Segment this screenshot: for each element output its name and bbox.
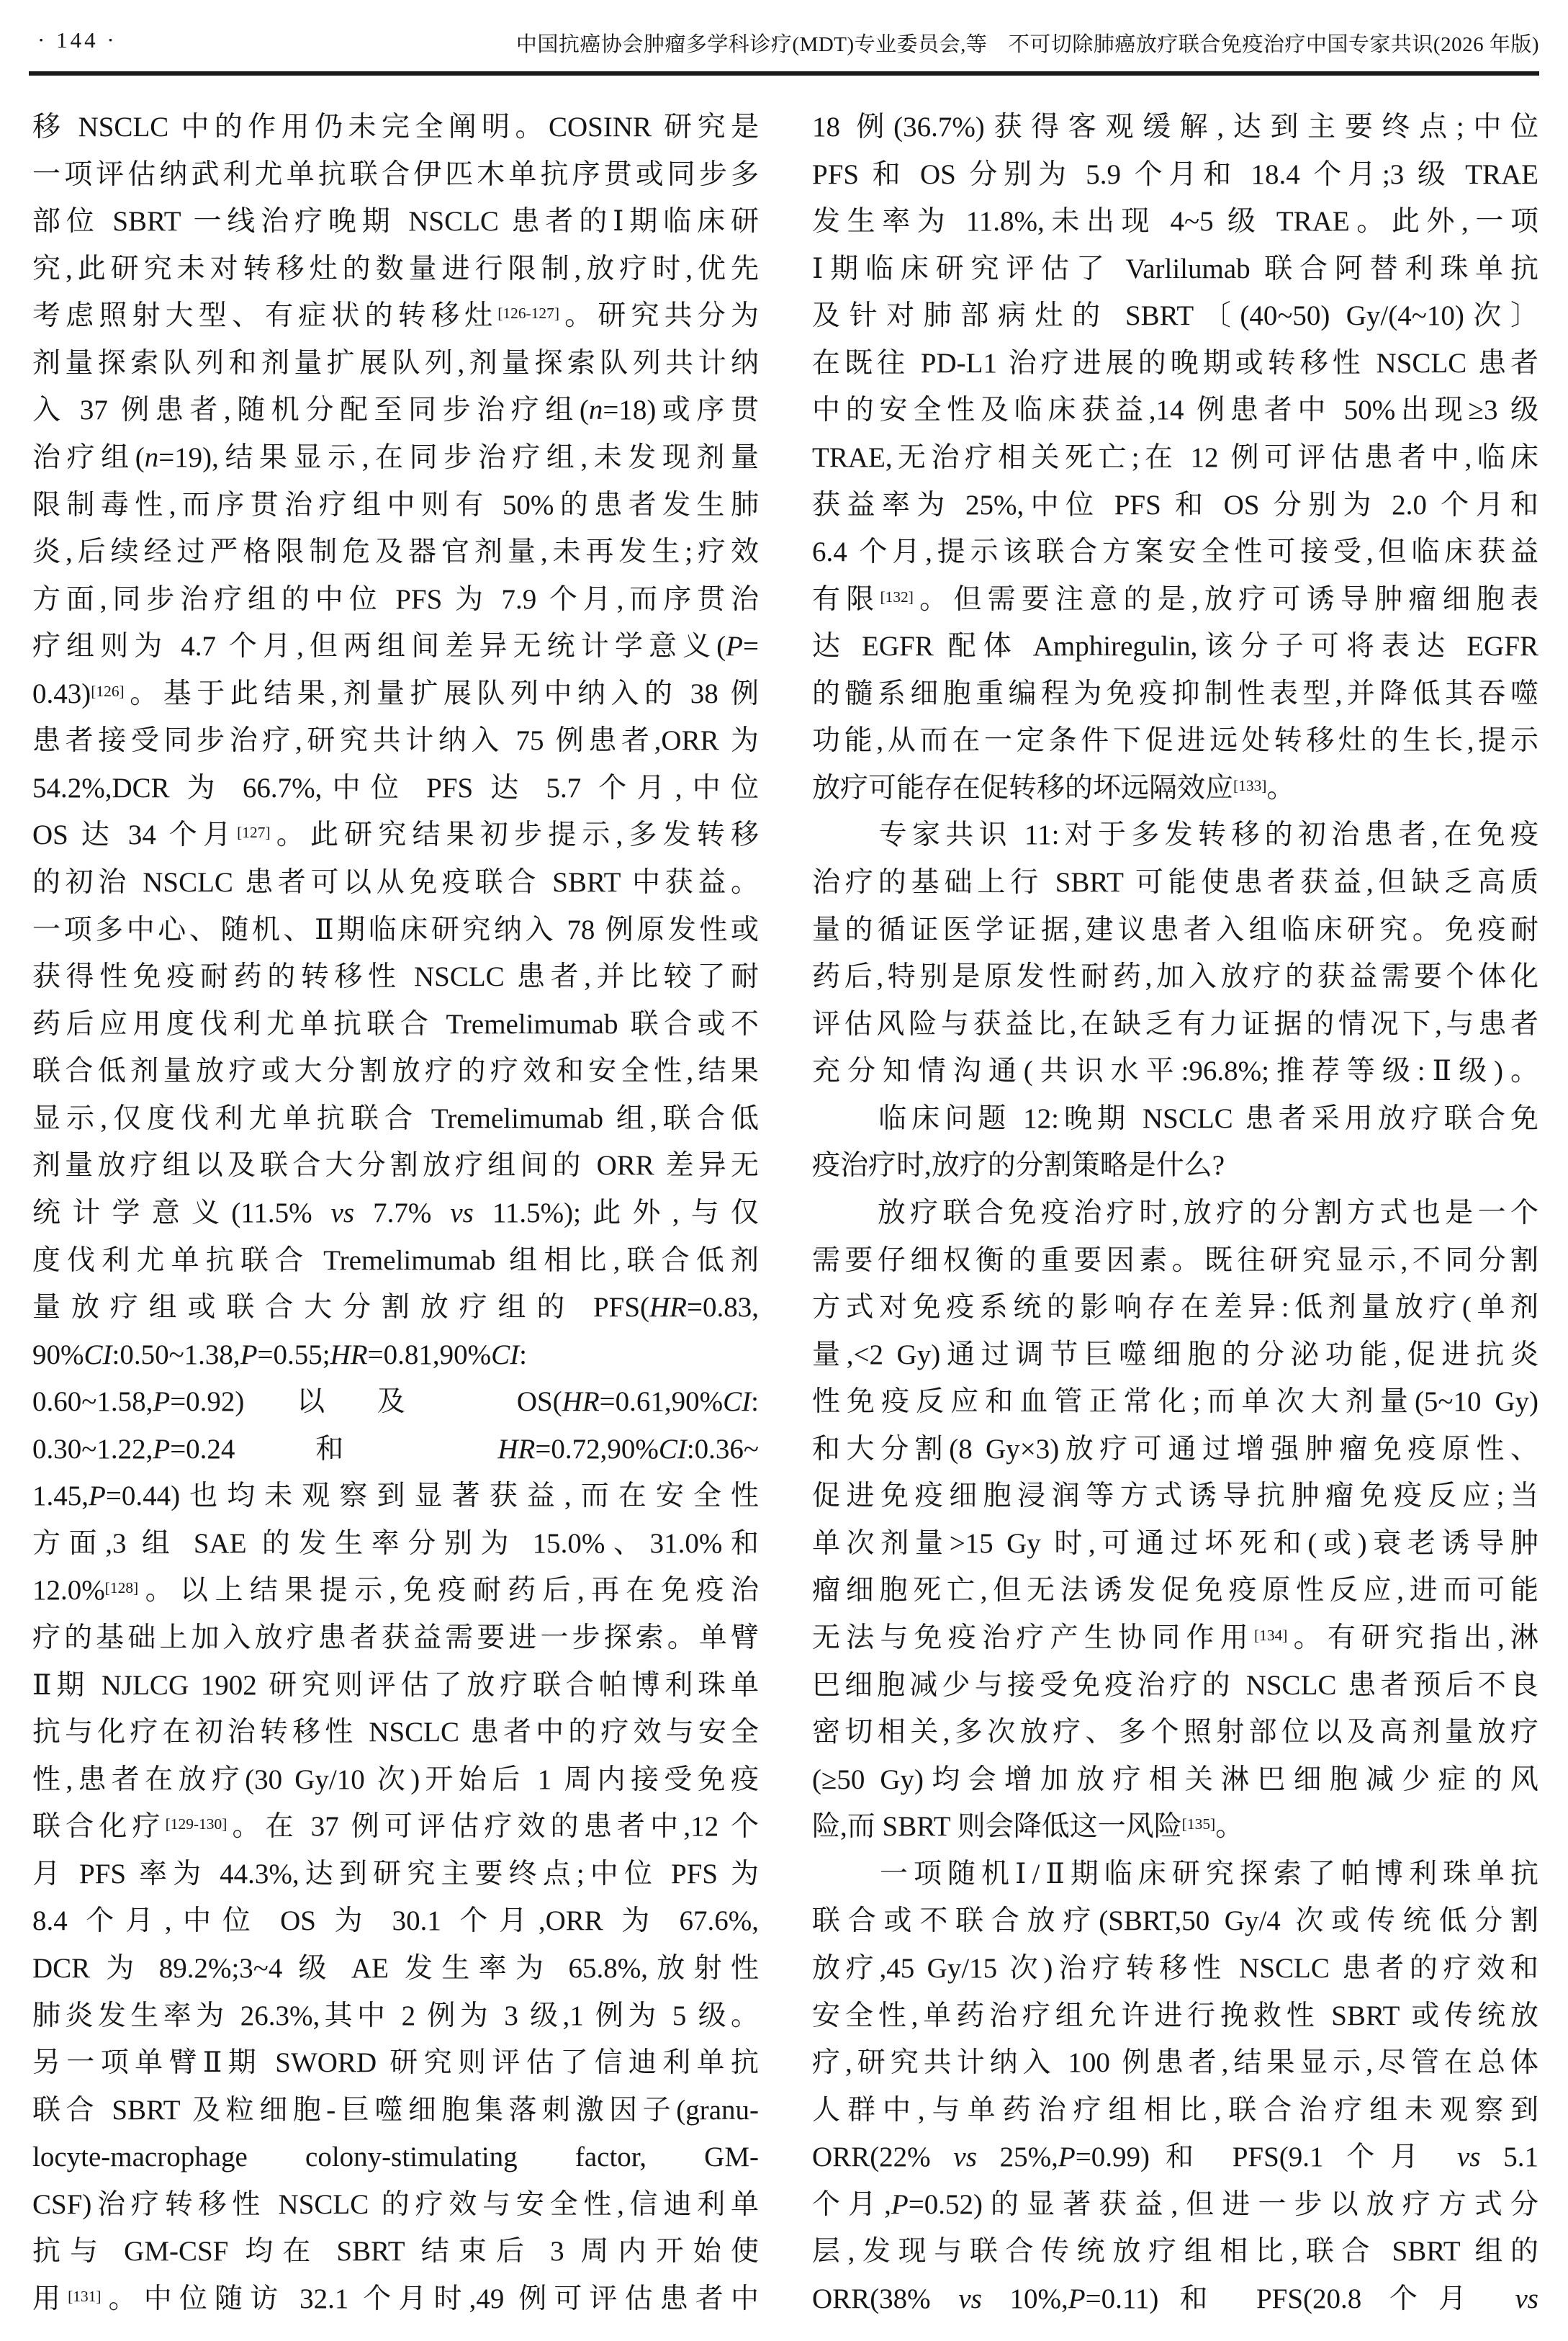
text-line: TRAE,无治疗相关死亡;在 12 例可评估患者中,临床	[812, 434, 1538, 482]
text-line: 月 PFS 率为 44.3%,达到研究主要终点;中位 PFS 为	[32, 1851, 759, 1898]
text-line: 个月,P=0.52)的显著获益,但进一步以放疗方式分	[812, 2181, 1538, 2229]
text-line: 疗的基础上加入放疗患者获益需要进一步探索。单臂	[32, 1614, 759, 1662]
text-line: 疫治疗时,放疗的分割策略是什么?	[812, 1142, 1538, 1190]
text-line: 抗与 GM-CSF 均在 SBRT 结束后 3 周内开始使	[32, 2228, 759, 2275]
text-line: 获益率为 25%,中位 PFS 和 OS 分别为 2.0 个月和	[812, 482, 1538, 529]
text-line: 放疗联合免疫治疗时,放疗的分割方式也是一个	[812, 1190, 1538, 1237]
body-columns: 移 NSCLC 中的作用仍未完全阐明。COSINR 研究是一项评估纳武利尤单抗联…	[32, 104, 1538, 2322]
text-line: 达 EGFR 配体 Amphiregulin,该分子可将表达 EGFR	[812, 623, 1538, 670]
text-line: 部位 SBRT 一线治疗晚期 NSCLC 患者的Ⅰ期临床研	[32, 198, 759, 246]
text-column-left: 移 NSCLC 中的作用仍未完全阐明。COSINR 研究是一项评估纳武利尤单抗联…	[32, 104, 759, 2322]
text-line: 放疗可能存在促转移的坏远隔效应[133]。	[812, 765, 1538, 812]
text-line: 专家共识 11:对于多发转移的初治患者,在免疫	[812, 812, 1538, 859]
text-line: 有限[132]。但需要注意的是,放疗可诱导肿瘤细胞表	[812, 576, 1538, 624]
text-line: 一项随机Ⅰ/Ⅱ期临床研究探索了帕博利珠单抗	[812, 1851, 1538, 1898]
text-line: 方面,同步治疗组的中位 PFS 为 7.9 个月,而序贯治	[32, 576, 759, 624]
running-head-title: 中国抗癌协会肿瘤多学科诊疗(MDT)专业委员会,等 不可切除肺癌放疗联合免疫治疗…	[516, 28, 1539, 58]
text-line: 治疗的基础上行 SBRT 可能使患者获益,但缺乏高质	[812, 859, 1538, 907]
text-line: 患者接受同步治疗,研究共计纳入 75 例患者,ORR 为	[32, 717, 759, 765]
text-line: 方面,3 组 SAE 的发生率分别为 15.0%、31.0%和	[32, 1520, 759, 1568]
text-line: 量放疗组或联合大分割放疗组的 PFS(HR=0.83,	[32, 1284, 759, 1331]
text-line: OS 达 34 个月[127]。此研究结果初步提示,多发转移	[32, 812, 759, 859]
text-line: 入 37 例患者,随机分配至同步治疗组(n=18)或序贯	[32, 387, 759, 434]
text-line: 联合 SBRT 及粒细胞-巨噬细胞集落刺激因子(granu-	[32, 2087, 759, 2134]
text-line: 疗组则为 4.7 个月,但两组间差异无统计学意义(P=	[32, 623, 759, 670]
text-line: 显示,仅度伐利尤单抗联合 Tremelimumab 组,联合低	[32, 1095, 759, 1143]
text-line: ORR(38% vs 10%,P=0.11)和 PFS(20.8 个月 vs	[812, 2275, 1538, 2323]
text-line: 药后,特别是原发性耐药,加入放疗的获益需要个体化	[812, 953, 1538, 1001]
text-line: 度伐利尤单抗联合 Tremelimumab 组相比,联合低剂	[32, 1237, 759, 1285]
text-line: 0.60~1.58,P=0.92)以及 OS(HR=0.61,90%CI:	[32, 1378, 759, 1426]
text-line: 统计学意义(11.5% vs 7.7% vs 11.5%);此外,与仅	[32, 1190, 759, 1237]
text-line: 肺炎发生率为 26.3%,其中 2 例为 3 级,1 例为 5 级。	[32, 1992, 759, 2040]
text-line: CSF)治疗转移性 NSCLC 的疗效与安全性,信迪利单	[32, 2181, 759, 2229]
text-line: 层,发现与联合传统放疗组相比,联合 SBRT 组的	[812, 2228, 1538, 2275]
text-line: 剂量放疗组以及联合大分割放疗组间的 ORR 差异无	[32, 1142, 759, 1190]
text-line: 需要仔细权衡的重要因素。既往研究显示,不同分割	[812, 1237, 1538, 1285]
text-line: ORR(22% vs 25%,P=0.99)和 PFS(9.1 个月 vs 5.…	[812, 2134, 1538, 2181]
text-line: 剂量探索队列和剂量扩展队列,剂量探索队列共计纳	[32, 340, 759, 387]
text-line: 用[131]。中位随访 32.1 个月时,49 例可评估患者中	[32, 2275, 759, 2323]
text-line: 放疗,45 Gy/15 次)治疗转移性 NSCLC 患者的疗效和	[812, 1945, 1538, 1992]
text-line: 1.45,P=0.44)也均未观察到显著获益,而在安全性	[32, 1473, 759, 1520]
text-line: 中的安全性及临床获益,14 例患者中 50%出现≥3 级	[812, 387, 1538, 434]
text-line: (≥50 Gy)均会增加放疗相关淋巴细胞减少症的风	[812, 1756, 1538, 1804]
text-line: 抗与化疗在初治转移性 NSCLC 患者中的疗效与安全	[32, 1709, 759, 1756]
text-line: 药后应用度伐利尤单抗联合 Tremelimumab 联合或不	[32, 1001, 759, 1048]
text-line: 促进免疫细胞浸润等方式诱导抗肿瘤免疫反应;当	[812, 1473, 1538, 1520]
text-line: 功能,从而在一定条件下促进远处转移灶的生长,提示	[812, 717, 1538, 765]
text-line: 性,患者在放疗(30 Gy/10 次)开始后 1 周内接受免疫	[32, 1756, 759, 1804]
text-line: 0.43)[126]。基于此结果,剂量扩展队列中纳入的 38 例	[32, 670, 759, 718]
text-line: 限制毒性,而序贯治疗组中则有 50%的患者发生肺	[32, 482, 759, 529]
journal-page: · 144 · 中国抗癌协会肿瘤多学科诊疗(MDT)专业委员会,等 不可切除肺癌…	[0, 0, 1568, 2341]
running-head: · 144 · 中国抗癌协会肿瘤多学科诊疗(MDT)专业委员会,等 不可切除肺癌…	[0, 26, 1568, 55]
text-line: 评估风险与获益比,在缺乏有力证据的情况下,与患者	[812, 1001, 1538, 1048]
text-line: 量,<2 Gy)通过调节巨噬细胞的分泌功能,促进抗炎	[812, 1331, 1538, 1379]
text-line: 联合化疗[129-130]。在 37 例可评估疗效的患者中,12 个	[32, 1803, 759, 1851]
text-line: 人群中,与单药治疗组相比,联合治疗组未观察到	[812, 2087, 1538, 2134]
text-line: 6.4 个月,提示该联合方案安全性可接受,但临床获益	[812, 529, 1538, 576]
text-line: 90%CI:0.50~1.38,P=0.55;HR=0.81,90%CI:	[32, 1331, 759, 1379]
text-line: 发生率为 11.8%,未出现 4~5 级 TRAE。此外,一项	[812, 198, 1538, 246]
text-line: 单次剂量>15 Gy 时,可通过坏死和(或)衰老诱导肿	[812, 1520, 1538, 1568]
text-line: 0.30~1.22,P=0.24 和 HR=0.72,90%CI:0.36~	[32, 1426, 759, 1473]
text-line: PFS 和 OS 分别为 5.9 个月和 18.4 个月;3 级 TRAE	[812, 151, 1538, 199]
text-line: 另一项单臂Ⅱ期 SWORD 研究则评估了信迪利单抗	[32, 2039, 759, 2087]
text-line: 疗,研究共计纳入 100 例患者,结果显示,尽管在总体	[812, 2039, 1538, 2087]
text-line: 密切相关,多次放疗、多个照射部位以及高剂量放疗	[812, 1709, 1538, 1756]
text-line: Ⅱ期 NJLCG 1902 研究则评估了放疗联合帕博利珠单	[32, 1662, 759, 1709]
text-line: 联合或不联合放疗(SBRT,50 Gy/4 次或传统低分割	[812, 1897, 1538, 1945]
text-line: 12.0%[128]。以上结果提示,免疫耐药后,再在免疫治	[32, 1567, 759, 1614]
text-line: 无法与免疫治疗产生协同作用[134]。有研究指出,淋	[812, 1614, 1538, 1662]
text-line: Ⅰ期临床研究评估了 Varlilumab 联合阿替利珠单抗	[812, 246, 1538, 293]
text-line: 的髓系细胞重编程为免疫抑制性表型,并降低其吞噬	[812, 670, 1538, 718]
text-line: 险,而 SBRT 则会降低这一风险[135]。	[812, 1803, 1538, 1851]
text-line: 移 NSCLC 中的作用仍未完全阐明。COSINR 研究是	[32, 104, 759, 151]
text-line: 方式对免疫系统的影响存在差异:低剂量放疗(单剂	[812, 1284, 1538, 1331]
text-line: 联合低剂量放疗或大分割放疗的疗效和安全性,结果	[32, 1048, 759, 1095]
text-line: 充分知情沟通(共识水平:96.8%;推荐等级:Ⅱ级)。	[812, 1048, 1538, 1095]
text-line: 临床问题 12:晚期 NSCLC 患者采用放疗联合免	[812, 1095, 1538, 1143]
text-line: 获得性免疫耐药的转移性 NSCLC 患者,并比较了耐	[32, 953, 759, 1001]
text-line: 炎,后续经过严格限制危及器官剂量,未再发生;疗效	[32, 529, 759, 576]
text-line: 性免疫反应和血管正常化;而单次大剂量(5~10 Gy)	[812, 1378, 1538, 1426]
text-line: 的初治 NSCLC 患者可以从免疫联合 SBRT 中获益。	[32, 859, 759, 907]
text-line: 治疗组(n=19),结果显示,在同步治疗组,未发现剂量	[32, 434, 759, 482]
text-line: 和大分割(8 Gy×3)放疗可通过增强肿瘤免疫原性、	[812, 1426, 1538, 1473]
text-line: 一项多中心、随机、Ⅱ期临床研究纳入 78 例原发性或	[32, 907, 759, 954]
text-line: 一项评估纳武利尤单抗联合伊匹木单抗序贯或同步多	[32, 151, 759, 199]
text-column-right: 18 例(36.7%)获得客观缓解,达到主要终点;中位PFS 和 OS 分别为 …	[812, 104, 1538, 2322]
text-line: locyte-macrophage colony-stimulating fac…	[32, 2134, 759, 2181]
text-line: 及针对肺部病灶的 SBRT〔(40~50) Gy/(4~10)次〕	[812, 292, 1538, 340]
text-line: 8.4 个月,中位 OS 为 30.1 个月,ORR 为 67.6%,	[32, 1897, 759, 1945]
text-line: 量的循证医学证据,建议患者入组临床研究。免疫耐	[812, 907, 1538, 954]
text-line: 究,此研究未对转移灶的数量进行限制,放疗时,优先	[32, 246, 759, 293]
text-line: 巴细胞减少与接受免疫治疗的 NSCLC 患者预后不良	[812, 1662, 1538, 1709]
text-line: 安全性,单药治疗组允许进行挽救性 SBRT 或传统放	[812, 1992, 1538, 2040]
text-line: 考虑照射大型、有症状的转移灶[126-127]。研究共分为	[32, 292, 759, 340]
text-line: DCR 为 89.2%;3~4 级 AE 发生率为 65.8%,放射性	[32, 1945, 759, 1992]
text-line: 54.2%,DCR 为 66.7%,中位 PFS 达 5.7 个月,中位	[32, 765, 759, 812]
text-line: 在既往 PD-L1 治疗进展的晚期或转移性 NSCLC 患者	[812, 340, 1538, 387]
header-rule	[29, 71, 1539, 76]
text-line: 18 例(36.7%)获得客观缓解,达到主要终点;中位	[812, 104, 1538, 151]
text-line: 瘤细胞死亡,但无法诱发促免疫原性反应,进而可能	[812, 1567, 1538, 1614]
page-number: · 144 ·	[37, 27, 117, 53]
